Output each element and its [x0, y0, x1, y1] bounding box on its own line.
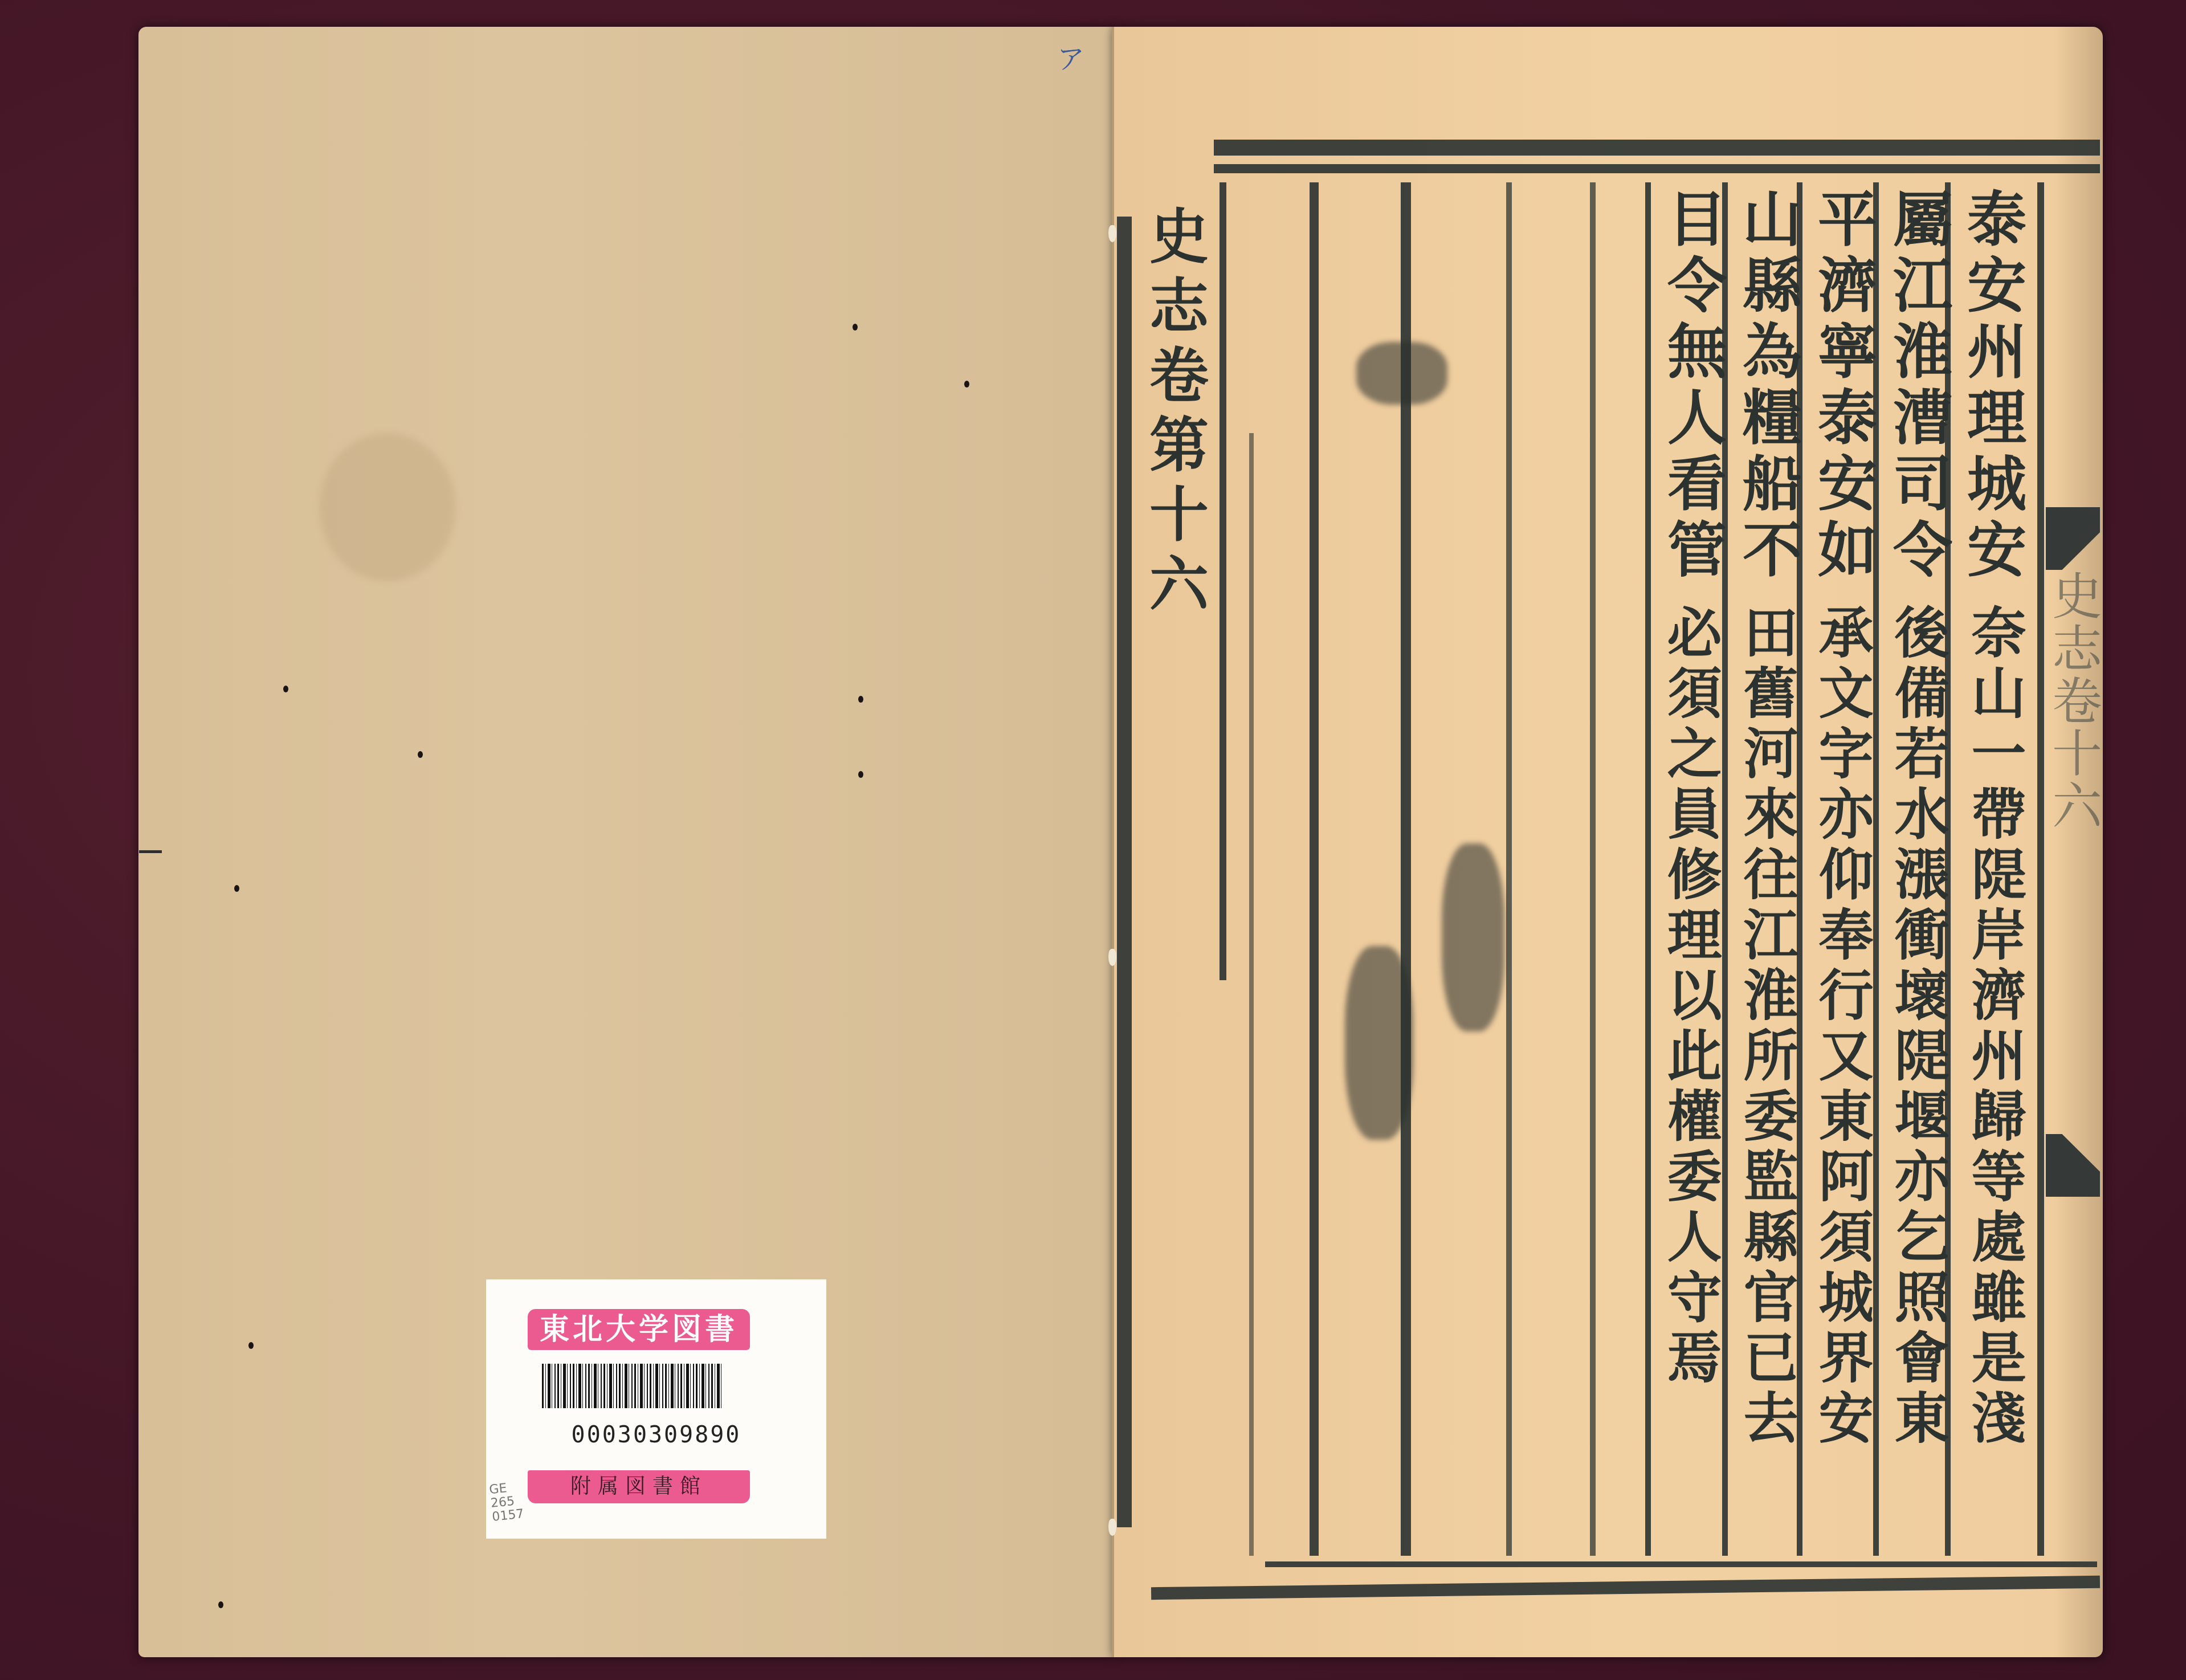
text-column-upper-3: 平濟寧泰安如 — [1805, 188, 1879, 585]
text-column-upper-2: 屬江淮漕司令 — [1881, 188, 1955, 585]
column-rule — [1310, 182, 1319, 1556]
wormhole-dot — [218, 1601, 223, 1608]
water-stain — [319, 433, 456, 581]
wormhole-dot — [858, 696, 863, 703]
handwritten-call-number: GE 265 0157 — [488, 1480, 527, 1524]
column-rule — [1590, 182, 1596, 1556]
top-border-inner — [1214, 164, 2100, 173]
library-barcode-label: 東北大学図書 00030309890 附属図書館 GE 265 0157 — [486, 1279, 826, 1539]
text-column-lower-5: 必須之員修理以此權委人守焉 — [1656, 604, 1724, 1389]
title-column-right-rule — [1220, 182, 1226, 980]
text-column-lower-4: 田舊河來往江淮所委監縣官已去 — [1732, 604, 1801, 1450]
ink-smudge — [1356, 342, 1447, 405]
binding-stitch — [1108, 1519, 1116, 1536]
top-border-outer — [1214, 140, 2100, 156]
label-title-bar: 東北大学図書 — [528, 1309, 750, 1350]
column-rule — [2037, 182, 2044, 1556]
text-column-upper-4: 山縣為糧船不 — [1730, 188, 1804, 585]
ink-smudge — [1442, 843, 1504, 1031]
label-footer-bar: 附属図書館 — [528, 1470, 750, 1503]
title-column-left-rule — [1117, 217, 1132, 1527]
pencil-annotation: ア — [1057, 37, 1084, 76]
spine-fold — [1112, 27, 1114, 1657]
label-footer: 附属図書館 — [528, 1470, 750, 1503]
wormhole-dot — [234, 885, 239, 892]
text-column-lower-3: 承文字亦仰奉行又東阿須城界安 — [1808, 604, 1876, 1450]
barcode — [542, 1364, 723, 1408]
text-column-upper-5: 目令無人看管 — [1655, 188, 1729, 585]
text-column-upper-1: 泰安州理城安 — [1955, 188, 2029, 585]
bottom-border-inner — [1265, 1561, 2097, 1567]
chapter-title-column: 史志卷第十六 — [1137, 205, 1211, 622]
column-rule — [1645, 182, 1651, 1556]
ink-smudge — [1345, 946, 1413, 1140]
text-column-lower-2: 後備若水漲衝壞隄堰亦乞照會東 — [1883, 604, 1952, 1450]
edge-mark — [139, 850, 162, 853]
wormhole-dot — [964, 381, 969, 388]
wormhole-dot — [858, 771, 863, 778]
label-title: 東北大学図書 — [528, 1309, 750, 1350]
text-column-lower-1: 奈山一帶隄岸濟州歸等處雖是淺 — [1960, 604, 2029, 1450]
wormhole-dot — [853, 324, 858, 331]
wormhole-dot — [248, 1342, 254, 1349]
column-rule — [1506, 182, 1512, 1556]
binding-stitch — [1108, 949, 1116, 966]
show-through-title: 史志卷十六 — [2037, 570, 2109, 832]
wormhole-dot — [418, 751, 423, 758]
wormhole-dot — [283, 686, 288, 692]
binding-stitch — [1108, 225, 1116, 242]
column-rule — [1249, 433, 1254, 1556]
barcode-number: 00030309890 — [486, 1422, 826, 1448]
